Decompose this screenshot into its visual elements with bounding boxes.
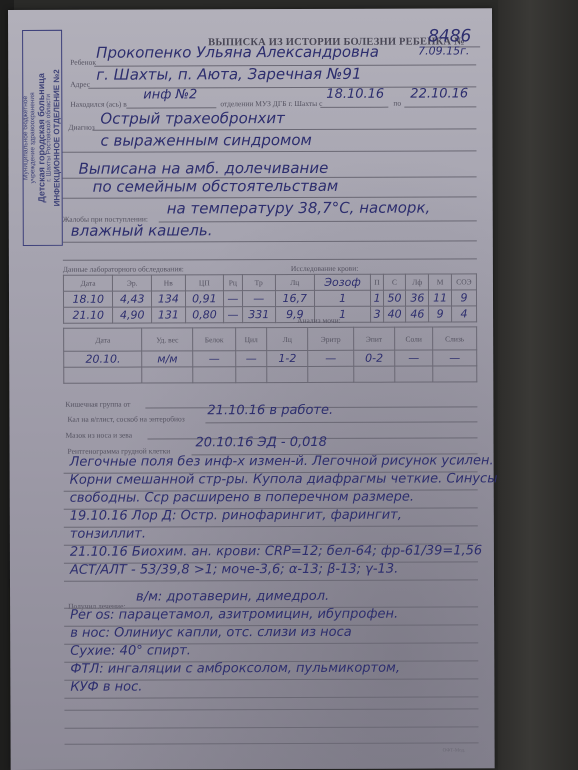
column-header: Эр. [113, 275, 152, 291]
table-cell: 0-2 [353, 350, 394, 366]
blood-test-title: Исследование крови: [291, 264, 358, 273]
column-header: Дата [63, 275, 112, 291]
stool-test-value: 21.10.16 в работе. [207, 403, 333, 418]
table-cell: 3 [371, 306, 383, 322]
urine-test-table: ДатаУд. весБелокЦилЛцЭритрЭпитСолиСлизь2… [63, 326, 477, 383]
table-cell [142, 367, 193, 383]
handwritten-line: в/м: дротаверин, димедрол. [136, 589, 329, 605]
table-cell: — [193, 351, 236, 367]
column-header: Тр [242, 275, 275, 291]
column-header: Соли [395, 327, 433, 350]
background-right [498, 0, 578, 770]
handwritten-line: КУФ в нос. [70, 680, 142, 695]
table-cell: 1 [371, 290, 383, 306]
table-cell: 4 [452, 306, 477, 322]
table-cell: 131 [152, 307, 185, 323]
handwritten-line: Сухие: 40° спирт. [70, 643, 191, 658]
column-header: П [371, 274, 383, 290]
stool-test-label: Кал на я/глист, соскоб на энтеробиоз [67, 414, 184, 423]
column-header: Дата [64, 328, 143, 351]
table-cell: 1 [314, 290, 371, 306]
column-header: СОЭ [451, 274, 476, 290]
hospital-stamp: Муниципальное бюджетное учреждение здрав… [22, 30, 63, 246]
birth-date: 7.09.15г. [418, 44, 469, 57]
handwritten-line: Корни смешанной стр-ры. Купола диафрагмы… [70, 471, 498, 487]
handwritten-line: свободны. Сср расширено в поперечном раз… [70, 490, 414, 506]
table-cell: — [308, 350, 353, 366]
diagnosis-line: Выписана на амб. долечивание [79, 159, 329, 178]
handwritten-line: ФТЛ: ингаляции с амброксолом, пульмикорт… [70, 661, 400, 677]
table-cell [433, 366, 477, 382]
table-row: 20.10.м/м——1-2—0-2—— [64, 350, 477, 367]
table-cell: 134 [152, 291, 185, 307]
table-cell [308, 366, 353, 382]
table-cell: — [224, 307, 242, 323]
child-label: Ребенок [70, 58, 96, 67]
diagnosis-line: Острый трахеобронхит [100, 109, 285, 128]
discharge-document: Муниципальное бюджетное учреждение здрав… [8, 8, 495, 770]
column-header: Нв [152, 275, 185, 291]
handwritten-line: АСТ/АЛТ - 53/39,8 >1; моче-3,6; α-13; β-… [70, 562, 398, 578]
column-header: Уд. вес [142, 328, 193, 351]
intestinal-group-label: Кишечная группа от [65, 400, 130, 409]
table-cell [236, 367, 267, 383]
diagnosis-line: по семейным обстоятельствам [93, 177, 339, 196]
table-cell [395, 366, 433, 382]
column-header: Эпит [353, 327, 394, 350]
print-code: ОФТ-Мод. [443, 748, 466, 753]
ward-value: инф №2 [143, 87, 197, 102]
table-cell: — [236, 351, 267, 367]
table-cell: — [395, 350, 433, 366]
table-cell: 0,91 [185, 291, 224, 307]
table-cell: 50 [383, 290, 406, 306]
table-cell: 11 [429, 290, 452, 306]
xray-value: 20.10.16 ЭД - 0,018 [195, 435, 326, 450]
column-header: Слизь [433, 327, 477, 350]
table-cell: — [242, 291, 275, 307]
child-name: Прокопенко Ульяна Александровна [96, 43, 379, 62]
table-header-row: ДатаЭр.НвЦПРцТрЛцЭозофПСЛфМСОЭ [63, 274, 476, 291]
table-cell: 36 [406, 290, 429, 306]
handwritten-line: 21.10.16 Биохим. ан. крови: СRР=12; бел-… [70, 543, 482, 559]
table-cell: 331 [242, 307, 275, 323]
column-header: Эозоф [314, 274, 371, 290]
to-label: по [393, 99, 401, 108]
handwritten-line: тонзиллит. [70, 527, 146, 542]
date-from: 18.10.16 [326, 87, 384, 102]
complaints-line: на температуру 38,7°С, насморк, [167, 199, 431, 218]
table-row: 21.104,901310,80—3319,913404694 [64, 306, 477, 323]
nasal-smear-label: Мазок из носа и зева [65, 431, 132, 440]
table-cell [353, 366, 394, 382]
department-label: отделении МУЗ ДГБ г. Шахты с [220, 99, 322, 108]
handwritten-line: Per os: парацетамол, азитромицин, ибупро… [70, 607, 398, 623]
column-header: Лф [406, 274, 429, 290]
urine-test-title: Анализ мочи: [297, 316, 341, 325]
table-row [64, 366, 477, 383]
date-to: 22.10.16 [410, 86, 468, 101]
table-row: 18.104,431340,91——16,7115036119 [63, 290, 476, 307]
clinical-notes: Легочные поля без инф-х измен-й. Легочно… [8, 8, 492, 10]
column-header: С [383, 274, 406, 290]
table-cell: 4,43 [113, 291, 152, 307]
handwritten-line: 19.10.16 Лор Д: Остр. ринофарингит, фари… [70, 508, 402, 524]
column-header: М [429, 274, 452, 290]
table-cell [64, 367, 143, 383]
column-header: Белок [193, 328, 236, 351]
handwritten-line: в нос: Олиниус капли, отс. слизи из носа [70, 625, 352, 641]
lab-section-label: Данные лабораторного обследования: [63, 264, 184, 273]
table-cell: — [224, 291, 242, 307]
diagnosis-label: Диагноз [68, 123, 94, 132]
diagnosis-line: с выраженным синдромом [100, 131, 311, 150]
column-header: Рц [224, 275, 242, 291]
column-header: Лц [267, 327, 308, 350]
column-header: Лц [275, 274, 314, 290]
table-cell: 40 [383, 306, 406, 322]
table-cell [267, 366, 308, 382]
table-cell: 46 [406, 306, 429, 322]
table-cell: 1-2 [267, 350, 308, 366]
table-cell: — [433, 350, 477, 366]
address-label: Адрес [70, 80, 90, 89]
column-header: ЦП [185, 275, 224, 291]
handwritten-line: Легочные поля без инф-х измен-й. Легочно… [70, 453, 494, 469]
table-cell: 0,80 [185, 307, 224, 323]
table-cell: 18.10 [63, 291, 112, 307]
treatment-list: в/м: дротаверин, димедрол.Per os: параце… [8, 8, 492, 10]
table-cell: 21.10 [64, 307, 113, 323]
table-header-row: ДатаУд. весБелокЦилЛцЭритрЭпитСолиСлизь [64, 327, 477, 351]
complaints-line: влажный кашель. [71, 221, 213, 239]
table-cell: 9 [429, 306, 452, 322]
table-cell: м/м [142, 351, 193, 367]
stamp-department: ИНФЕКЦИОННОЕ ОТДЕЛЕНИЕ №2 [53, 33, 62, 243]
table-cell: 9 [451, 290, 476, 306]
column-header: Цил [236, 328, 267, 351]
address-value: г. Шахты, п. Аюта, Заречная №91 [96, 65, 361, 84]
blood-test-table: ДатаЭр.НвЦПРцТрЛцЭозофПСЛфМСОЭ18.104,431… [63, 273, 477, 323]
table-cell: 20.10. [64, 351, 143, 367]
table-cell [193, 367, 236, 383]
column-header: Эритр [308, 327, 354, 350]
table-cell: 4,90 [113, 307, 152, 323]
table-cell: 16,7 [275, 290, 314, 306]
stay-label: Находился (ась) в [70, 100, 126, 109]
